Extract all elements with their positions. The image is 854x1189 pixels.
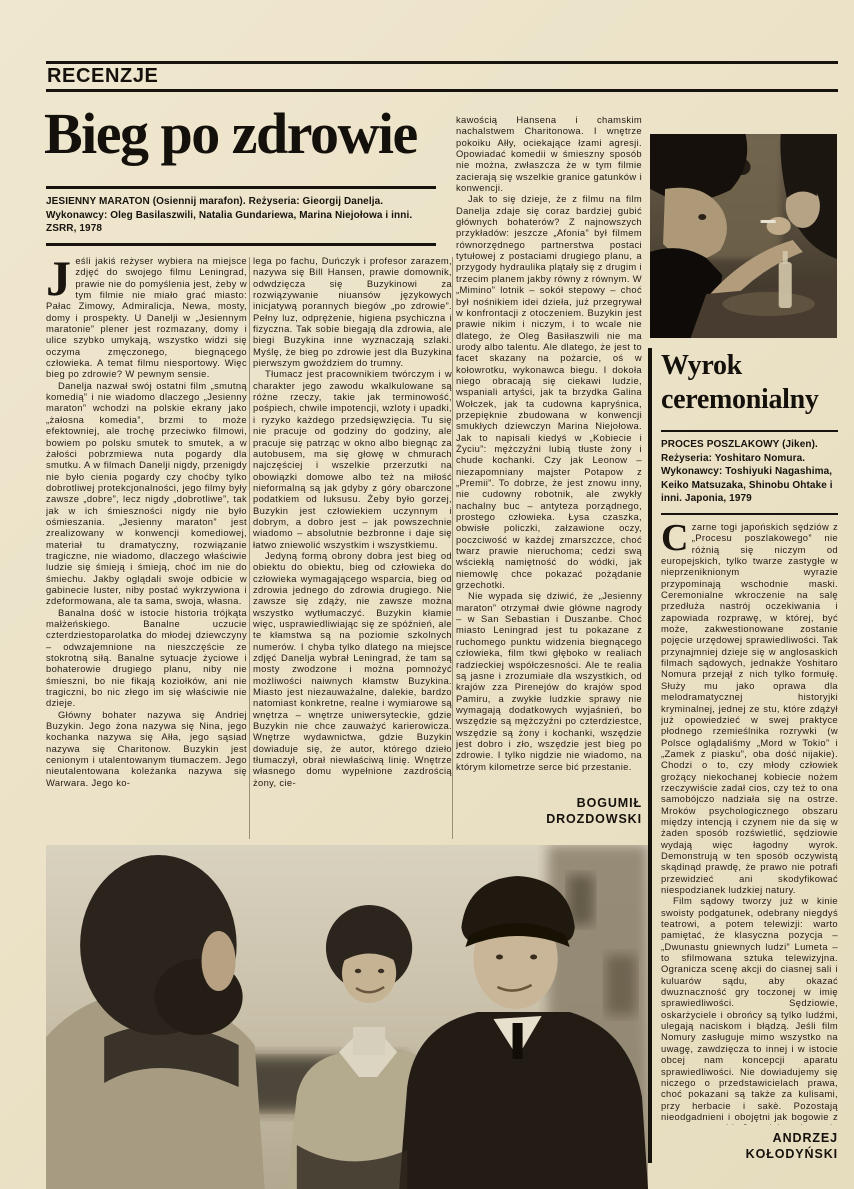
column-rule-1 bbox=[249, 257, 250, 839]
article-side-author: ANDRZEJ KOŁODYŃSKI bbox=[661, 1130, 838, 1162]
article-main-credit: JESIENNY MARATON (Osiennij marafon). Reż… bbox=[46, 186, 436, 246]
paragraph: Tłumacz jest pracownikiem twórczym i w c… bbox=[253, 368, 452, 550]
paragraph: Film sądowy tworzy już w kinie swoisty p… bbox=[661, 895, 838, 1125]
dropcap-letter: J bbox=[46, 255, 75, 298]
paragraph-text: zarne togi japońskich sędziów z „Procesu… bbox=[661, 521, 838, 895]
article-main-title: Bieg po zdrowie bbox=[44, 104, 464, 164]
side-film-still-photo bbox=[650, 134, 837, 338]
paragraph: Czarne togi japońskich sędziów z „Proces… bbox=[661, 521, 838, 895]
paragraph: Jedyną formą obrony dobra jest bieg od o… bbox=[253, 550, 452, 788]
paragraph-text: eśli jakiś reżyser wybiera na miejsce zd… bbox=[46, 255, 247, 379]
paragraph: lega po fachu, Duńczyk i profesor zaraze… bbox=[253, 255, 452, 368]
article-main-column-3: kawością Hansena i chamskim nachalstwem … bbox=[456, 114, 642, 790]
article-side-body: Czarne togi japońskich sędziów z „Proces… bbox=[661, 521, 838, 1125]
paragraph: Nie wypada się dziwić, że „Jesienny mara… bbox=[456, 590, 642, 772]
article-main-author: BOGUMIŁ DROZDOWSKI bbox=[456, 795, 642, 827]
article-main-column-2: lega po fachu, Duńczyk i profesor zaraze… bbox=[253, 255, 452, 841]
side-column-rule bbox=[648, 348, 652, 1163]
paragraph: Główny bohater nazywa się Andriej Buzyki… bbox=[46, 709, 247, 788]
article-side-credit: PROCES POSZLAKOWY (Jiken). Reżyseria: Yo… bbox=[661, 430, 838, 515]
section-label: RECENZJE bbox=[47, 65, 159, 87]
paragraph: Jeśli jakiś reżyser wybiera na miejsce z… bbox=[46, 255, 247, 380]
bottom-film-still-photo bbox=[46, 845, 648, 1189]
paragraph: Danelja nazwał swój ostatni film „smutną… bbox=[46, 380, 247, 607]
paragraph: kawością Hansena i chamskim nachalstwem … bbox=[456, 114, 642, 193]
column-rule-2 bbox=[452, 257, 453, 839]
magazine-page: RECENZJE Bieg po zdrowie JESIENNY MARATO… bbox=[0, 0, 854, 1189]
header-bottom-rule bbox=[46, 89, 838, 92]
paragraph: Jak to się dzieje, że z filmu na film Da… bbox=[456, 193, 642, 590]
dropcap-letter: C bbox=[661, 521, 692, 554]
header-top-rule bbox=[46, 61, 838, 64]
side-film-still-illustration bbox=[650, 134, 837, 338]
article-side-title: Wyrok ceremonialny bbox=[661, 349, 839, 417]
article-main-column-1: Jeśli jakiś reżyser wybiera na miejsce z… bbox=[46, 255, 247, 841]
bottom-film-still-illustration bbox=[46, 845, 648, 1189]
paragraph: Banalna dość w istocie historia trójkąta… bbox=[46, 607, 247, 709]
